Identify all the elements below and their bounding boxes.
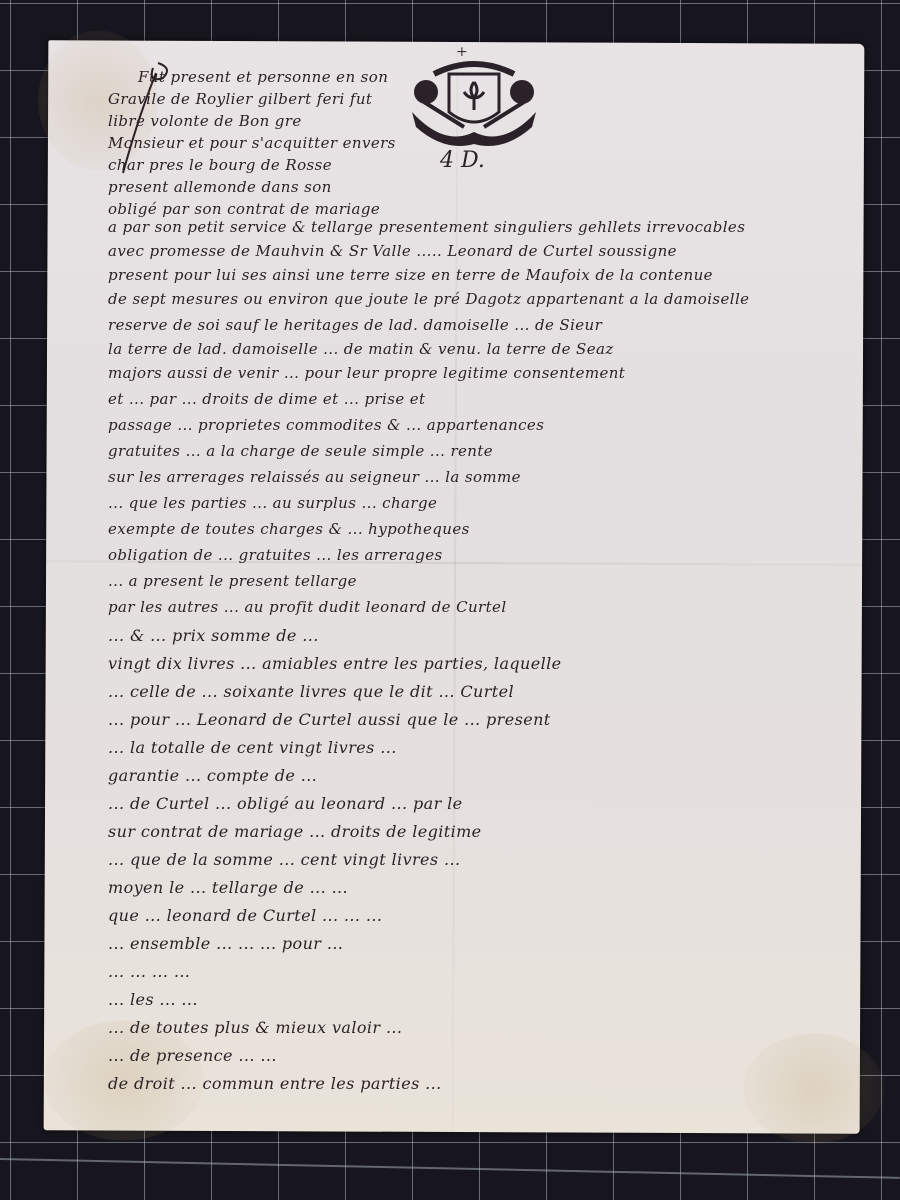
text-line: ... pour ... Leonard de Curtel aussi que… <box>108 710 551 729</box>
text-line: ... de Curtel ... obligé au leonard ... … <box>108 794 463 813</box>
text-line: moyen le ... tellarge de ... ... <box>108 878 348 897</box>
text-line: la terre de lad. damoiselle ... de matin… <box>108 340 614 358</box>
text-line: ... de toutes plus & mieux valoir ... <box>108 1018 402 1037</box>
text-line: ... que de la somme ... cent vingt livre… <box>108 850 460 869</box>
text-line: ... celle de ... soixante livres que le … <box>108 682 514 701</box>
text-line: Gravile de Roylier gilbert feri fut <box>108 90 372 108</box>
text-line: et ... par ... droits de dime et ... pri… <box>108 390 425 408</box>
text-line: ... de presence ... ... <box>108 1046 277 1065</box>
text-line: avec promesse de Mauhvin & Sr Valle ....… <box>108 242 677 260</box>
text-line: de sept mesures ou environ que joute le … <box>108 290 749 308</box>
text-line: gratuites ... a la charge de seule simpl… <box>108 442 493 460</box>
text-line: garantie ... compte de ... <box>108 766 317 785</box>
text-line: sur les arrerages relaissés au seigneur … <box>108 468 521 486</box>
text-line: ... les ... ... <box>108 990 198 1009</box>
text-line: ... que les parties ... au surplus ... c… <box>108 494 437 512</box>
text-line: ... a present le present tellarge <box>108 572 357 590</box>
text-line: vingt dix livres ... amiables entre les … <box>108 654 562 673</box>
text-line: sur contrat de mariage ... droits de leg… <box>108 822 482 841</box>
text-line: Monsieur et pour s'acquitter envers <box>108 134 396 152</box>
text-line: exempte de toutes charges & ... hypotheq… <box>108 520 470 538</box>
text-line: passage ... proprietes commodites & ... … <box>108 416 544 434</box>
text-line: de droit ... commun entre les parties ..… <box>108 1074 442 1093</box>
text-line: present pour lui ses ainsi une terre siz… <box>108 266 713 284</box>
text-line: ... la totalle de cent vingt livres ... <box>108 738 397 757</box>
text-line: obligé par son contrat de mariage <box>108 200 380 218</box>
text-line: ... & ... prix somme de ... <box>108 626 319 645</box>
text-line: ... ensemble ... ... ... pour ... <box>108 934 343 953</box>
text-line: a par son petit service & tellarge prese… <box>108 218 745 236</box>
fleur-de-lis-seal-icon <box>404 52 544 157</box>
text-line: majors aussi de venir ... pour leur prop… <box>108 364 625 382</box>
paper-stain <box>744 1033 884 1144</box>
stamp-denomination: 4 D. <box>440 148 485 173</box>
text-line: present allemonde dans son <box>108 178 332 196</box>
text-line: obligation de ... gratuites ... les arre… <box>108 546 443 564</box>
text-line: libre volonte de Bon gre <box>108 112 302 130</box>
text-line: par les autres ... au profit dudit leona… <box>108 598 507 616</box>
paper-fold-vertical <box>452 42 459 1132</box>
text-line: ... ... ... ... <box>108 962 190 981</box>
text-line: reserve de soi sauf le heritages de lad.… <box>108 316 602 334</box>
text-line: que ... leonard de Curtel ... ... ... <box>108 906 382 925</box>
text-line: char pres le bourg de Rosse <box>108 156 332 174</box>
text-line: Fut present et personne en son <box>138 68 388 86</box>
